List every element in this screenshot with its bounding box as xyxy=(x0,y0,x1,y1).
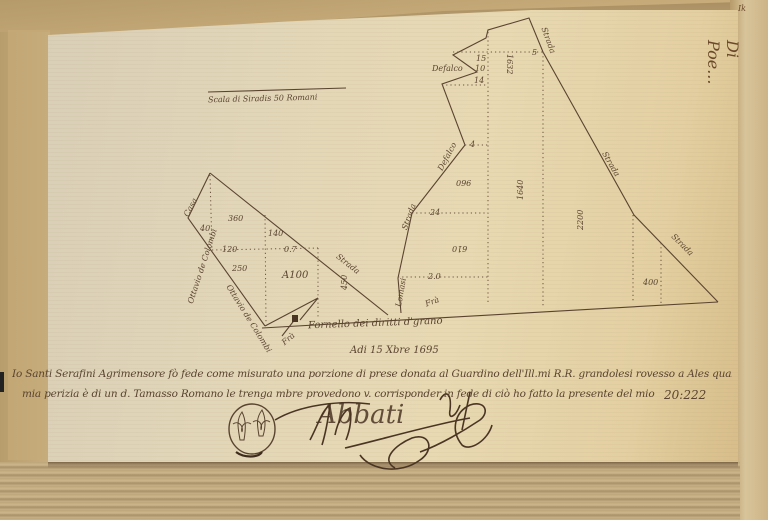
survey-drawing xyxy=(0,0,768,520)
boundary-stone-marker xyxy=(292,315,298,322)
left-measure-4: 450 xyxy=(340,275,349,290)
right-sub-area-6: 400 xyxy=(643,278,658,287)
surveyor-signature: Abbati xyxy=(318,400,404,430)
manuscript-photo: Scala di Siradis 50 Romani A100 360 250 … xyxy=(0,0,768,520)
right-measure-6: 2.0 xyxy=(428,272,441,281)
right-measure-1: 15 xyxy=(476,54,486,63)
right-sub-area-5: 2200 xyxy=(576,210,585,230)
right-sub-area-1: 1632 xyxy=(505,54,514,74)
right-measure-2: 10 xyxy=(475,64,485,73)
attestation-sum: 20:222 xyxy=(664,388,706,402)
right-sub-area-2: 960 xyxy=(456,178,471,187)
scale-bar-line xyxy=(208,88,346,92)
fleur-de-lis-seal-icon xyxy=(229,404,275,457)
right-measure-3: 14 xyxy=(474,76,484,85)
left-measure-2: 120 xyxy=(222,245,237,254)
left-sub-area-2: 250 xyxy=(232,264,247,273)
attestation-line-2: mia perizia è di un d. Tamasso Romano le… xyxy=(22,388,662,400)
right-measure-7: 5 xyxy=(532,48,537,57)
left-sub-area-1: 360 xyxy=(228,214,243,223)
right-measure-4: 4 xyxy=(470,140,475,149)
left-sub-area-3: 140 xyxy=(268,229,283,238)
right-margin-top-text: Ik xyxy=(738,4,746,13)
left-parcel-area: A100 xyxy=(282,270,308,281)
date-line: Adi 15 Xbre 1695 xyxy=(350,345,439,356)
attestation-line-1: Io Santi Serafini Agrimensore fò fede co… xyxy=(12,368,732,380)
right-measure-5: 24 xyxy=(430,208,440,217)
right-sub-area-4: 610 xyxy=(452,244,467,253)
left-dotted-vertical-2 xyxy=(265,215,266,323)
label-defalco-top: Defalco xyxy=(432,64,463,73)
right-margin-text: Di Poe... xyxy=(704,40,742,84)
right-sub-area-3: 1640 xyxy=(516,180,525,200)
left-measure-3: 0.7 xyxy=(284,245,297,254)
